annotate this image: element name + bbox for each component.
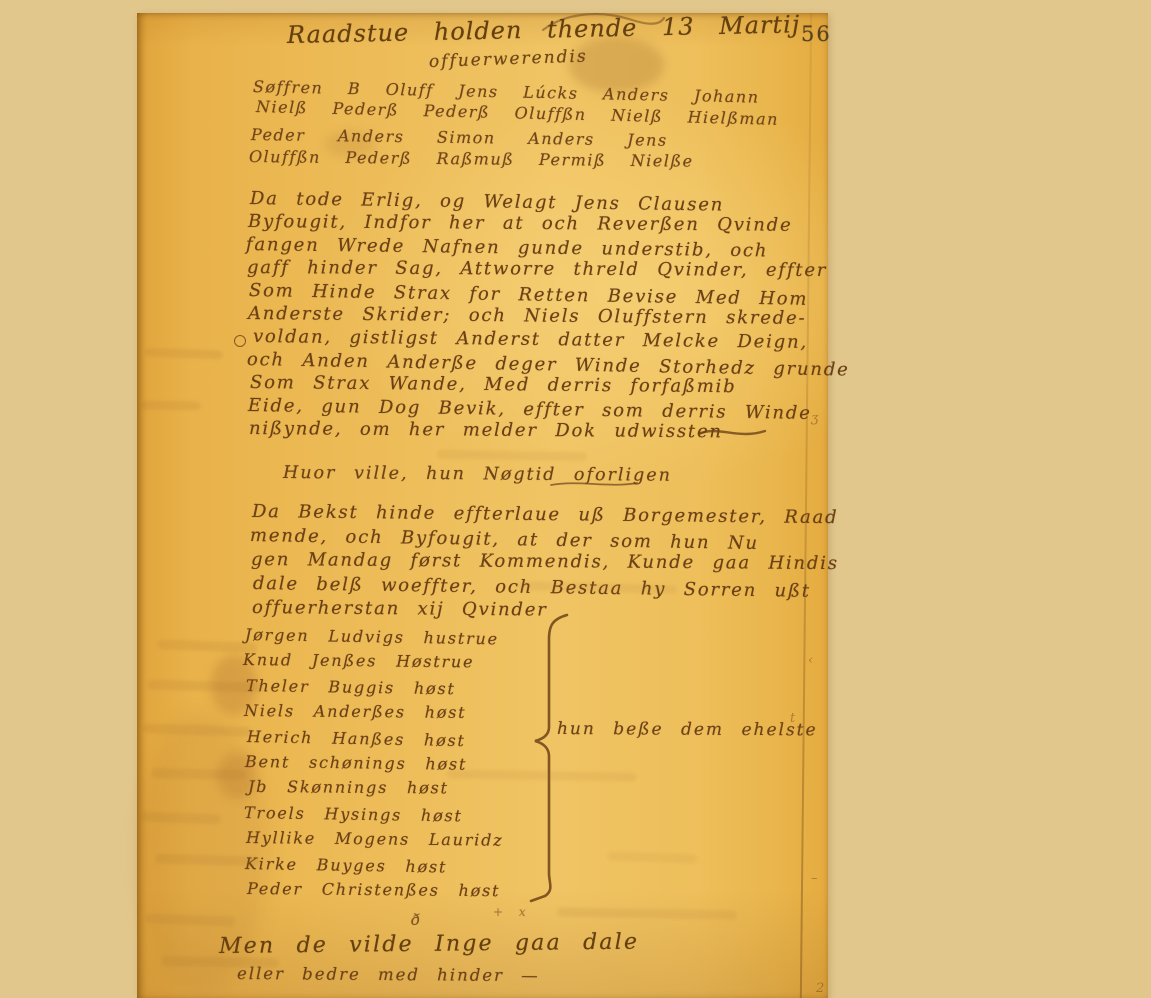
closing-line: eller bedre med hinder — [237, 964, 540, 985]
edge-mark: – [811, 871, 818, 886]
cross-marks: + x [493, 905, 532, 919]
brace-label: hun beße dem ehelste [557, 719, 818, 740]
bleed-through-mark [157, 639, 257, 652]
name-list-item: Herich Hanßes høst [247, 727, 466, 750]
name-list-item: Hyllike Mogens Lauridz [246, 828, 504, 850]
bleed-through-mark [141, 400, 201, 410]
edge-mark: 2 [816, 981, 824, 996]
paragraph1-line: nißynde, om her melder Dok udwissten [249, 418, 723, 442]
paragraph2-line: Da Bekst hinde effterlaue uß Borgemester… [252, 501, 839, 528]
name-list-item: Bent schønings høst [245, 752, 467, 774]
bleed-through-mark [437, 450, 587, 462]
name-list-item: Kirke Buyges høst [245, 854, 448, 877]
name-list-item: Theler Buggis høst [246, 676, 456, 698]
page-number: 56 [801, 22, 832, 46]
shading-blotch [137, 713, 267, 993]
witness-line: Peder Anders Simon Anders Jens [251, 125, 668, 150]
bleed-through-mark [557, 907, 737, 919]
closing-line: Men de vilde Inge gaa dale [219, 930, 639, 959]
ink-stain [569, 37, 664, 93]
paper-crease [800, 13, 812, 998]
bleed-through-mark [145, 348, 223, 360]
edge-mark: ʒ [811, 411, 818, 426]
bleed-through-mark [447, 769, 637, 781]
line-end-flourish [697, 425, 769, 441]
paragraph1-line: Byfougit, Indfor her at och Reverßen Qvi… [248, 211, 793, 236]
margin-circle-mark [234, 335, 246, 347]
bleed-through-mark [143, 723, 251, 737]
name-list-item: Niels Anderßes høst [244, 701, 467, 722]
paragraph2-line: offuerherstan xij Qvinder [252, 597, 548, 621]
paragraph1-line: Som Strax Wande, Med derris forfaßmib [250, 372, 737, 397]
witness-line: Oluffßn Pederß Raßmuß Permiß Nielße [249, 147, 694, 171]
paragraph1-line: Anderste Skrider; och Niels Oluffstern s… [248, 303, 807, 329]
bleed-through-mark [161, 956, 279, 968]
name-list-item: Troels Hysings høst [244, 803, 463, 825]
edge-mark: t [790, 711, 795, 726]
name-list-item: Knud Jenßes Høstrue [243, 650, 475, 671]
edge-mark: ‹ [808, 653, 813, 668]
bleed-through-mark [151, 768, 246, 780]
flourish-mark: ð [411, 911, 420, 929]
scan-background: 56 Raadstue holden thende 13 Martij offu… [0, 0, 1151, 998]
paragraph1-line: voldan, gistligst Anderst datter Melcke … [253, 326, 808, 353]
paragraph2-line: gen Mandag først Kommendis, Kunde gaa Hi… [251, 549, 839, 574]
name-list-item: Jb Skønnings høst [248, 777, 449, 797]
manuscript-scan-page: 56 Raadstue holden thende 13 Martij offu… [137, 13, 828, 998]
bleed-through-mark [147, 679, 262, 692]
grouping-brace [527, 609, 573, 905]
ink-stain [325, 131, 375, 157]
heading-line-1: Raadstue holden thende 13 Martij [287, 10, 801, 49]
name-list-item: Jørgen Ludvigs hustrue [245, 625, 499, 648]
name-list-item: Peder Christenßes høst [247, 879, 500, 900]
subheading-flourish [549, 479, 641, 489]
paragraph1-line: gaff hinder Sag, Attworre threld Qvinder… [247, 257, 827, 281]
bleed-through-mark [607, 851, 697, 863]
heading-line-2: offuerwerendis [429, 46, 588, 72]
